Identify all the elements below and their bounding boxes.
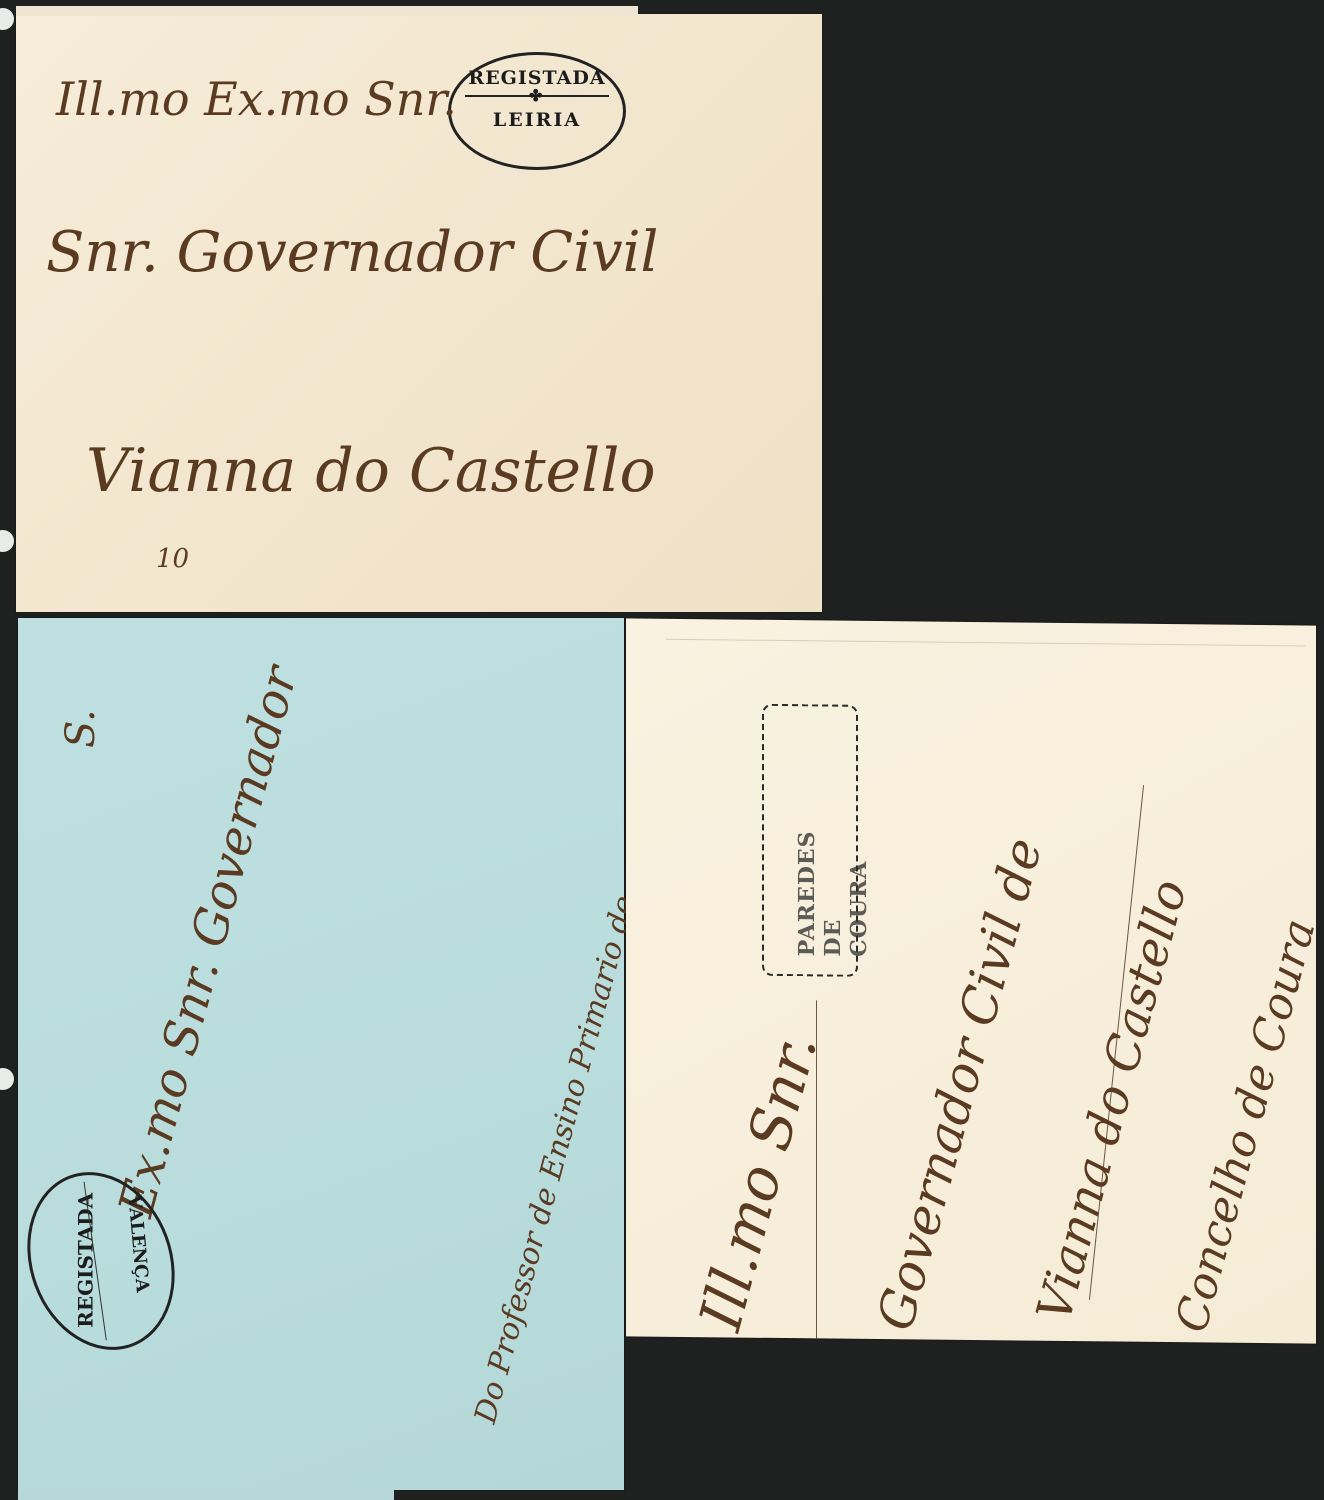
letter-cover-leiria: REGISTADA ✤ LEIRIA Ill.mo Ex.mo Snr. Snr… xyxy=(16,14,822,612)
cover-flap xyxy=(16,6,638,16)
paredes-de-coura-box-stamp: PAREDES DE COURA xyxy=(762,704,858,977)
binder-hole xyxy=(0,1068,14,1090)
address-salutation: Ill.mo Ex.mo Snr. xyxy=(56,72,457,126)
address-title: Governador Civil de xyxy=(866,832,1053,1337)
cover-fold xyxy=(666,639,1306,647)
letter-cover-valenca: S. Ex.mo Snr. Governador Do Professor de… xyxy=(18,618,624,1490)
cover-fold xyxy=(18,1488,394,1500)
stamp-text: PAREDES DE COURA xyxy=(794,830,872,957)
stamp-divider-ornament: ✤ xyxy=(465,95,609,97)
address-district: Concelho de Coura xyxy=(1166,914,1324,1338)
address-title: Ex.mo Snr. Governador xyxy=(108,660,309,1222)
stamp-bottom-text: VALENÇA xyxy=(123,1194,152,1293)
marginal-note: 10 xyxy=(156,544,189,574)
address-city: Vianna do Castello xyxy=(86,436,656,506)
binder-hole xyxy=(0,530,14,552)
address-title: Snr. Governador Civil xyxy=(46,220,658,285)
registada-leiria-oval-stamp: REGISTADA ✤ LEIRIA xyxy=(448,52,626,170)
stamp-bottom-text: LEIRIA xyxy=(451,109,623,131)
address-salutation: S. xyxy=(58,709,104,748)
letter-cover-paredes-de-coura: PAREDES DE COURA Ill.mo Snr. Governador … xyxy=(626,618,1316,1343)
address-salutation: Ill.mo Snr. xyxy=(686,1026,830,1337)
binder-hole xyxy=(0,8,14,30)
sender-line: Do Professor de Ensino Primario de ... xyxy=(468,855,653,1427)
address-city: Vianna do Castello xyxy=(1026,874,1198,1328)
